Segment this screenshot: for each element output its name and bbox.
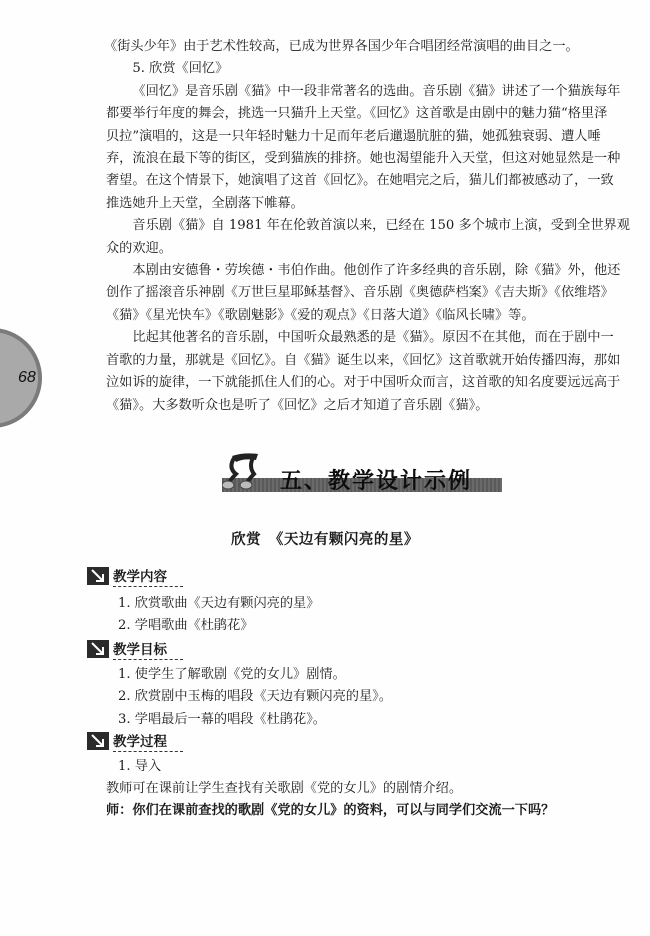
- section-label: 教学内容: [113, 565, 183, 587]
- list-item: 1. 使学生了解歌剧《党的女儿》剧情。: [118, 664, 392, 686]
- section-label: 教学过程: [113, 730, 183, 752]
- text-line: 本剧由安德鲁・劳埃德・韦伯作曲。他创作了许多经典的音乐剧，除《猫》外，他还: [106, 260, 611, 282]
- page-number: 68: [18, 369, 36, 387]
- paragraph-chinese-audience: 比起其他著名的音乐剧，中国听众最熟悉的是《猫》。原因不在其他，而在于剧中一 首歌…: [106, 327, 611, 417]
- arrow-icon: [87, 640, 109, 658]
- text-line: 泣如诉的旋律，一下就能抓住人们的心。对于中国听众而言，这首歌的知名度要远远高于: [106, 372, 611, 394]
- paragraph-cats-history: 音乐剧《猫》自 1981 年在伦敦首演以来，已经在 150 多个城市上演，受到全…: [106, 215, 611, 260]
- process-step: 1. 导入: [118, 756, 161, 778]
- text-line: 弃，流浪在最下等的街区，受到猫族的排挤。她也渴望能升入天堂，但这对她显然是一种: [106, 148, 611, 170]
- lesson-title: 欣赏 《天边有颗闪亮的星》: [0, 528, 650, 549]
- text-line: 比起其他著名的音乐剧，中国听众最熟悉的是《猫》。原因不在其他，而在于剧中一: [106, 327, 611, 349]
- text-line: 《回忆》是音乐剧《猫》中一段非常著名的选曲。音乐剧《猫》讲述了一个猫族每年: [106, 81, 611, 103]
- list-item-5: 5. 欣赏《回忆》: [106, 58, 611, 80]
- list-item: 1. 导入: [118, 756, 161, 778]
- text-line: 音乐剧《猫》自 1981 年在伦敦首演以来，已经在 150 多个城市上演，受到全…: [106, 215, 611, 237]
- goals-list: 1. 使学生了解歌剧《党的女儿》剧情。 2. 欣赏剧中玉梅的唱段《天边有颗闪亮的…: [118, 664, 392, 731]
- intro-text: 《街头少年》由于艺术性较高，已成为世界各国少年合唱团经常演唱的曲目之一。 5. …: [106, 36, 611, 417]
- text-line: 贝拉”演唱的，这是一只年轻时魅力十足而年老后邋遢肮脏的猫，她孤独衰弱、遭人唾: [106, 126, 611, 148]
- text-line: 首歌的力量，那就是《回忆》。自《猫》诞生以来，《回忆》这首歌就开始传播四海，那如: [106, 350, 611, 372]
- text-line: 奢望。在这个情景下，她演唱了这首《回忆》。在她唱完之后，猫儿们都被感动了，一致: [106, 170, 611, 192]
- arrow-icon: [87, 567, 109, 585]
- list-item: 2. 学唱歌曲《杜鹃花》: [118, 615, 319, 637]
- list-item: 2. 欣赏剧中玉梅的唱段《天边有颗闪亮的星》。: [118, 686, 392, 708]
- text-line: 师：你们在课前查找的歌剧《党的女儿》的资料，可以与同学们交流一下吗？: [106, 800, 554, 822]
- process-text: 教师可在课前让学生查找有关歌剧《党的女儿》的剧情介绍。 师：你们在课前查找的歌剧…: [106, 778, 554, 823]
- paragraph-composer: 本剧由安德鲁・劳埃德・韦伯作曲。他创作了许多经典的音乐剧，除《猫》外，他还 创作…: [106, 260, 611, 327]
- content-list: 1. 欣赏歌曲《天边有颗闪亮的星》 2. 学唱歌曲《杜鹃花》: [118, 593, 319, 638]
- list-item: 1. 欣赏歌曲《天边有颗闪亮的星》: [118, 593, 319, 615]
- text-line: 创作了摇滚音乐神剧《万世巨星耶稣基督》、音乐剧《奥德萨档案》《吉夫斯》《依维塔》: [106, 282, 611, 304]
- paragraph-memory: 《回忆》是音乐剧《猫》中一段非常著名的选曲。音乐剧《猫》讲述了一个猫族每年 都要…: [106, 81, 611, 215]
- music-note-icon: [222, 450, 266, 490]
- section-banner: 五、教学设计示例: [222, 450, 502, 494]
- text-line: 教师可在课前让学生查找有关歌剧《党的女儿》的剧情介绍。: [106, 778, 554, 800]
- text-line: 推选她升上天堂，全剧落下帷幕。: [106, 193, 611, 215]
- text-line: 《猫》。大多数听众也是听了《回忆》之后才知道了音乐剧《猫》。: [106, 395, 611, 417]
- text-line: 都要举行年度的舞会，挑选一只猫升上天堂。《回忆》这首歌是由剧中的魅力猫“格里泽: [106, 103, 611, 125]
- text-line: 《街头少年》由于艺术性较高，已成为世界各国少年合唱团经常演唱的曲目之一。: [104, 36, 611, 58]
- arrow-icon: [87, 732, 109, 750]
- text-line: 《猫》《星光快车》《歌剧魅影》《爱的观点》《日落大道》《临风长啸》等。: [106, 305, 611, 327]
- section-title: 五、教学设计示例: [280, 464, 472, 495]
- list-item: 3. 学唱最后一幕的唱段《杜鹃花》。: [118, 709, 392, 731]
- text-line: 众的欢迎。: [106, 238, 611, 260]
- section-label: 教学目标: [113, 638, 183, 660]
